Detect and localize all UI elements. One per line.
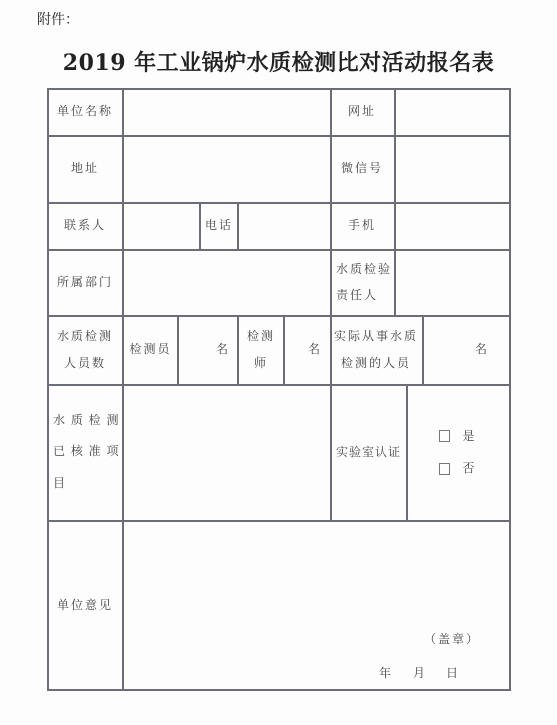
contact-field[interactable] xyxy=(123,202,200,249)
approved-items-line3: 目 xyxy=(53,468,66,499)
actual-staff-label-line1: 实际从事水质 xyxy=(334,323,418,349)
inspector-label: 检测员 xyxy=(123,315,178,384)
engineer-label-line1: 检测 xyxy=(247,323,275,349)
lab-cert-option-no[interactable]: 否 xyxy=(439,462,476,475)
phone-field[interactable] xyxy=(238,202,330,249)
date-year-label: 年 xyxy=(379,664,393,681)
website-field[interactable] xyxy=(394,88,509,135)
checkbox-icon[interactable] xyxy=(439,463,450,475)
unit-name-label: 单位名称 xyxy=(47,88,123,135)
unit-ming: 名 xyxy=(216,336,230,362)
unit-ming: 名 xyxy=(308,336,322,362)
lab-cert-option-yes[interactable]: 是 xyxy=(439,430,476,443)
wechat-field[interactable] xyxy=(394,135,509,202)
table-border-right xyxy=(509,88,511,691)
engineer-label-line2: 师 xyxy=(254,350,268,376)
address-label: 地址 xyxy=(47,135,123,202)
actual-staff-count-field[interactable]: 名 xyxy=(422,315,509,384)
department-label: 所属部门 xyxy=(47,249,123,315)
unit-ming: 名 xyxy=(475,336,489,362)
lab-cert-label: 实验室认证 xyxy=(330,384,407,520)
wechat-label: 微信号 xyxy=(330,135,394,202)
responsible-label-line1: 水质检验 xyxy=(336,256,392,282)
approved-items-field[interactable] xyxy=(123,384,330,520)
unit-name-field[interactable] xyxy=(123,88,330,135)
inspector-count-field[interactable]: 名 xyxy=(178,315,238,384)
responsible-label-line2: 责任人 xyxy=(336,282,378,308)
date-day-label: 日 xyxy=(446,664,460,681)
phone-label: 电话 xyxy=(200,202,238,249)
registration-form-table: 单位名称 网址 地址 微信号 联系人 电话 手机 所属部门 水质检验 责任人 水… xyxy=(0,0,557,725)
staff-count-label: 水质检测 人员数 xyxy=(47,315,123,384)
address-field[interactable] xyxy=(123,135,330,202)
responsible-person-field[interactable] xyxy=(394,249,509,315)
staff-count-label-line1: 水质检测 xyxy=(57,323,113,349)
contact-label: 联系人 xyxy=(47,202,123,249)
checkbox-icon[interactable] xyxy=(439,430,450,442)
engineer-count-field[interactable]: 名 xyxy=(284,315,330,384)
approved-items-line2: 已 核 准 项 xyxy=(53,436,119,467)
staff-count-label-line2: 人员数 xyxy=(64,350,106,376)
engineer-label: 检测 师 xyxy=(238,315,284,384)
responsible-person-label: 水质检验 责任人 xyxy=(330,249,394,315)
approved-items-label: 水 质 检 测 已 核 准 项 目 xyxy=(47,384,123,520)
actual-staff-label-line2: 检测的人员 xyxy=(341,350,411,376)
opinion-label: 单位意见 xyxy=(47,520,123,690)
lab-cert-options: 是 否 xyxy=(407,384,509,520)
approved-items-line1: 水 质 检 测 xyxy=(53,405,119,436)
date-month-label: 月 xyxy=(413,664,427,681)
seal-label: （盖章） xyxy=(424,630,480,647)
mobile-label: 手机 xyxy=(330,202,394,249)
actual-staff-label: 实际从事水质 检测的人员 xyxy=(330,315,422,384)
mobile-field[interactable] xyxy=(394,202,509,249)
department-field[interactable] xyxy=(123,249,330,315)
website-label: 网址 xyxy=(330,88,394,135)
